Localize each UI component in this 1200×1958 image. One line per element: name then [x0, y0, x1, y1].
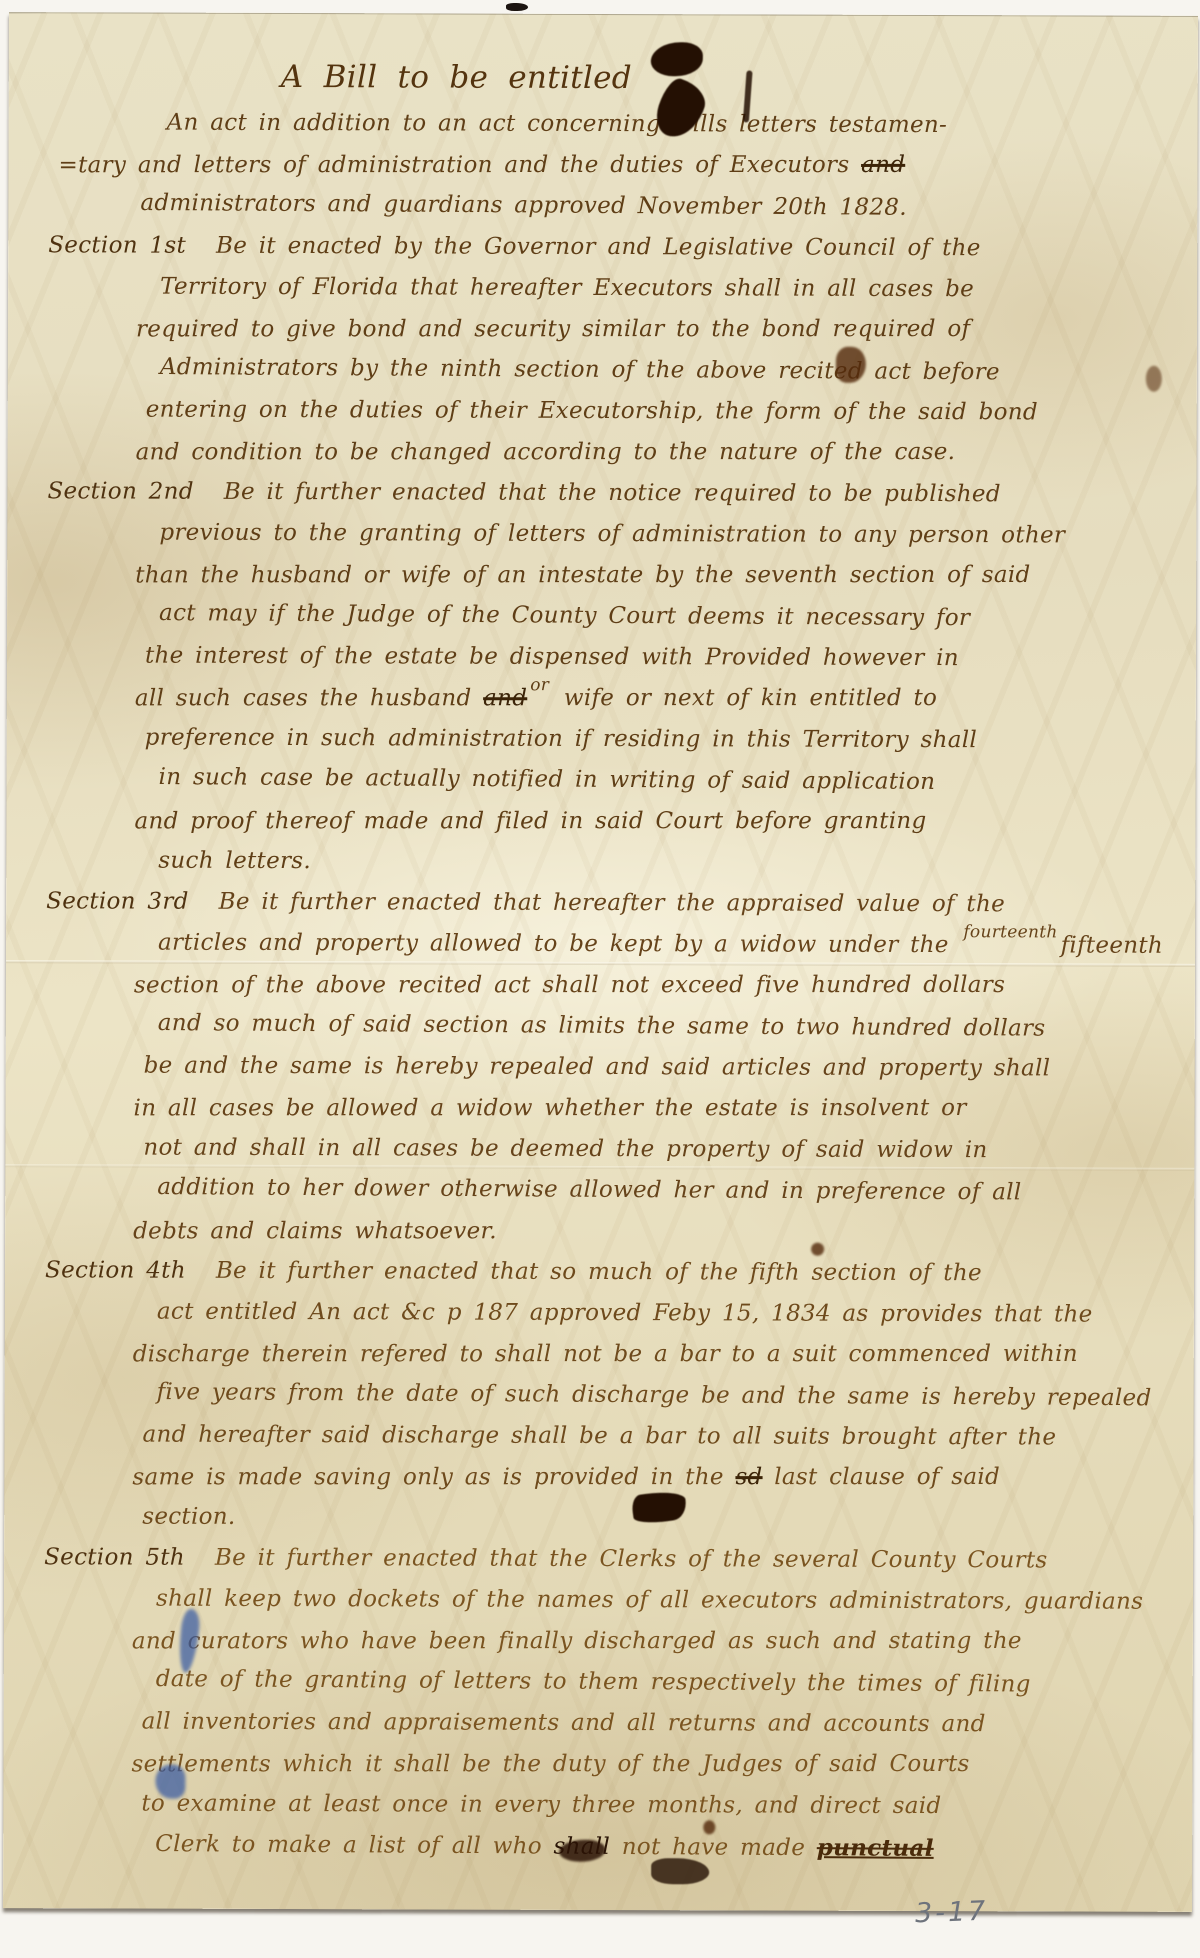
section-1: Section 1stBe it enacted by the Governor…: [48, 225, 1164, 475]
manuscript-line: all such cases the husband andor wife or…: [135, 678, 1162, 719]
handwritten-text: debts and claims whatsoever.: [133, 1218, 497, 1244]
manuscript-line: date of the granting of letters to them …: [156, 1659, 1159, 1706]
handwritten-text: addition to her dower otherwise allowed …: [157, 1174, 1021, 1205]
section-4: Section 4thBe it further enacted that so…: [44, 1250, 1160, 1541]
handwritten-text: such letters.: [158, 848, 311, 874]
handwritten-text: required to give bond and security simil…: [136, 316, 970, 342]
handwritten-text: shall keep two dockets of the names of a…: [156, 1586, 1143, 1615]
handwritten-text: section of the above recited act shall n…: [134, 972, 1005, 998]
handwritten-text: all inventories and appraisements and al…: [142, 1709, 986, 1738]
handwritten-text: all such cases the husband: [135, 685, 483, 711]
manuscript-line: and condition to be changed according to…: [136, 432, 1163, 473]
manuscript-line: previous to the granting of letters of a…: [159, 513, 1162, 557]
handwritten-text: An act in addition to an act concerning …: [167, 110, 948, 138]
section-label: Section 5th: [44, 1537, 185, 1578]
handwritten-strike: sd: [735, 1464, 762, 1490]
scan-artifact-mark: [506, 3, 528, 11]
section-label: Section 1st: [48, 225, 186, 266]
manuscript-body: A Bill to be entitledAn act in addition …: [3, 12, 1198, 1912]
manuscript-line: addition to her dower otherwise allowed …: [157, 1167, 1160, 1214]
handwritten-text: =tary and letters of administration and …: [58, 152, 861, 178]
handwritten-text: settlements which it shall be the duty o…: [131, 1751, 969, 1777]
handwritten-text: and hereafter said discharge shall be a …: [142, 1422, 1056, 1451]
manuscript-line: required to give bond and security simil…: [136, 309, 1163, 350]
manuscript-line: and hereafter said discharge shall be a …: [142, 1415, 1159, 1459]
handwritten-text: Be it enacted by the Governor and Legisl…: [216, 233, 981, 261]
handwritten-text: Be it further enacted that the Clerks of…: [215, 1545, 1048, 1574]
handwritten-text: date of the granting of letters to them …: [156, 1666, 1031, 1697]
handwritten-text: be and the same is hereby repealed and s…: [144, 1053, 1051, 1082]
manuscript-line: Territory of Florida that hereafter Exec…: [160, 267, 1163, 311]
manuscript-line: Section 1stBe it enacted by the Governor…: [48, 225, 1163, 270]
manuscript-line: be and the same is hereby repealed and s…: [144, 1046, 1161, 1090]
handwritten-text: Be it further enacted that the notice re…: [224, 479, 1001, 507]
section-label: Section 3rd: [46, 881, 189, 922]
handwritten-strike: and: [861, 152, 905, 178]
manuscript-line: Section 2ndBe it further enacted that th…: [47, 471, 1162, 516]
section-3: Section 3rdBe it further enacted that he…: [45, 881, 1161, 1254]
handwritten-text: last clause of said: [763, 1464, 1001, 1490]
handwritten-text: the interest of the estate be dispensed …: [145, 643, 959, 672]
handwritten-insert: fourteenth: [963, 912, 1057, 953]
handwritten-text: administrators and guardians approved No…: [140, 190, 907, 221]
manuscript-line: not and shall in all cases be deemed the…: [143, 1128, 1160, 1172]
handwritten-strike: and: [483, 685, 527, 711]
manuscript-line: act entitled An act &c p 187 approved Fe…: [157, 1292, 1160, 1336]
handwritten-text: in such case be actually notified in wri…: [159, 764, 936, 795]
manuscript-line: Administrators by the ninth section of t…: [160, 347, 1163, 394]
handwritten-text: Be it further enacted that so much of th…: [216, 1258, 982, 1286]
section-label: Section 4th: [45, 1250, 186, 1291]
manuscript-line: to examine at least once in every three …: [141, 1784, 1158, 1828]
pencil-archive-number: 3-17: [914, 1896, 988, 1930]
handwritten-insert: or: [530, 665, 549, 706]
manuscript-line: Clerk to make a list of all who shall no…: [155, 1823, 1158, 1870]
manuscript-line: entering on the duties of their Executor…: [146, 390, 1163, 434]
manuscript-line: shall keep two dockets of the names of a…: [156, 1579, 1159, 1623]
manuscript-line: than the husband or wife of an intestate…: [135, 555, 1162, 596]
handwritten-text: in all cases be allowed a widow whether …: [134, 1095, 967, 1121]
handwritten-blotword: shall: [553, 1834, 610, 1860]
handwritten-text: Clerk to make a list of all who: [155, 1831, 554, 1860]
handwritten-text: five years from the date of such dischar…: [157, 1379, 1152, 1411]
manuscript-paper: A Bill to be entitledAn act in addition …: [3, 12, 1198, 1912]
manuscript-line: discharge therein refered to shall not b…: [133, 1334, 1160, 1375]
manuscript-line: same is made saving only as is provided …: [132, 1457, 1159, 1498]
manuscript-line: act may if the Judge of the County Court…: [159, 593, 1162, 640]
manuscript-line: preference in such administration if res…: [145, 718, 1162, 762]
manuscript-line: the interest of the estate be dispensed …: [145, 636, 1162, 680]
handwritten-text: Be it further enacted that hereafter the…: [219, 889, 1005, 917]
handwritten-text: and proof thereof made and filed in said…: [134, 808, 926, 834]
handwritten-text: preference in such administration if res…: [145, 725, 977, 754]
manuscript-line: all inventories and appraisements and al…: [142, 1702, 1159, 1746]
handwritten-text: section.: [142, 1504, 235, 1530]
section-label: Section 2nd: [47, 471, 193, 512]
handwritten-text: articles and property allowed to be kept…: [158, 930, 960, 959]
preamble-line: administrators and guardians approved No…: [140, 183, 1163, 230]
handwritten-text: than the husband or wife of an intestate…: [135, 562, 1030, 588]
handwritten-text: and curators who have been finally disch…: [132, 1628, 1022, 1654]
handwritten-text: same is made saving only as is provided …: [132, 1464, 735, 1490]
handwritten-text: act may if the Judge of the County Court…: [159, 600, 970, 631]
handwritten-text: and condition to be changed according to…: [136, 439, 956, 465]
manuscript-line: settlements which it shall be the duty o…: [131, 1744, 1158, 1785]
handwritten-text: not and shall in all cases be deemed the…: [143, 1135, 987, 1164]
handwritten-text: to examine at least once in every three …: [141, 1791, 941, 1820]
handwritten-text: Administrators by the ninth section of t…: [160, 354, 1000, 385]
preamble-line: =tary and letters of administration and …: [58, 145, 1163, 186]
manuscript-line: such letters.: [158, 841, 1161, 885]
handwritten-text: fifteenth: [1061, 932, 1164, 958]
manuscript-line: section of the above recited act shall n…: [134, 965, 1161, 1006]
handwritten-text: Territory of Florida that hereafter Exec…: [160, 274, 974, 303]
manuscript-line: section.: [142, 1497, 1159, 1541]
handwritten-text: and so much of said section as limits th…: [158, 1010, 1046, 1042]
section-5: Section 5thBe it further enacted that th…: [43, 1537, 1159, 1869]
handwritten-text: entering on the duties of their Executor…: [146, 397, 1038, 426]
handwritten-underline: punctual: [817, 1834, 934, 1862]
manuscript-line: in such case be actually notified in wri…: [158, 757, 1161, 804]
document-title: A Bill to be entitled: [281, 51, 1164, 106]
handwritten-text: not have made: [610, 1834, 817, 1861]
handwritten-text: act entitled An act &c p 187 approved Fe…: [157, 1299, 1093, 1328]
manuscript-line: five years from the date of such dischar…: [157, 1372, 1160, 1419]
handwritten-text: previous to the granting of letters of a…: [159, 520, 1065, 549]
manuscript-line: in all cases be allowed a widow whether …: [134, 1088, 1161, 1129]
manuscript-line: and curators who have been finally disch…: [132, 1621, 1159, 1662]
manuscript-line: articles and property allowed to be kept…: [158, 923, 1161, 967]
manuscript-line: Section 5thBe it further enacted that th…: [44, 1537, 1159, 1582]
handwritten-text: wife or next of kin entitled to: [552, 685, 937, 711]
manuscript-line: and so much of said section as limits th…: [158, 1003, 1161, 1050]
section-2: Section 2ndBe it further enacted that th…: [46, 471, 1162, 885]
manuscript-line: Section 4thBe it further enacted that so…: [45, 1250, 1160, 1295]
preamble-line: An act in addition to an act concerning …: [167, 103, 1164, 147]
handwritten-text: discharge therein refered to shall not b…: [133, 1341, 1078, 1367]
manuscript-line: debts and claims whatsoever.: [133, 1211, 1160, 1252]
manuscript-line: and proof thereof made and filed in said…: [134, 801, 1161, 842]
